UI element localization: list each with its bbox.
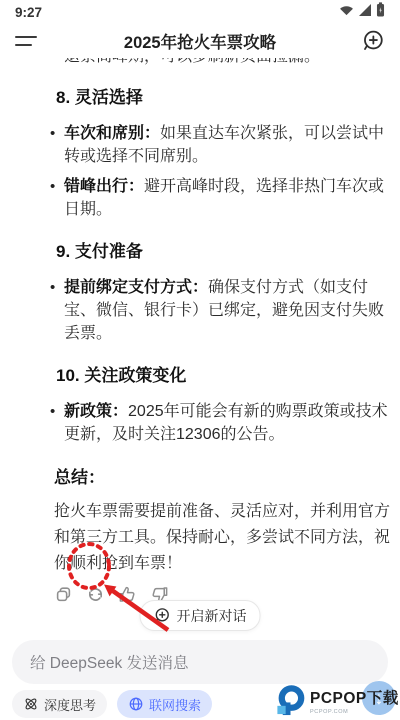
web-search-chip-label: 联网搜索	[149, 695, 201, 714]
bullet-marker: •	[50, 276, 64, 345]
status-time: 9:27	[15, 5, 42, 20]
summary-heading: 总结：	[54, 466, 391, 490]
section-heading: 9. 支付准备	[56, 240, 391, 264]
battery-icon	[376, 2, 385, 22]
section-bullet-list: •车次和席别：如果直达车次紧张，可以尝试中转或选择不同席别。•错峰出行：避开高峰…	[50, 122, 391, 221]
bullet-term: 提前绑定支付方式：	[64, 279, 208, 296]
bullet-term: 新政策：	[64, 403, 128, 420]
bullet-term: 错峰出行：	[64, 178, 144, 195]
bullet-item: •新政策：2025年可能会有新的购票政策或技术更新，及时关注12306的公告。	[50, 400, 391, 446]
input-placeholder: 给 DeepSeek 发送消息	[30, 651, 189, 673]
status-bar: 9:27	[0, 0, 400, 24]
message-sections: 8. 灵活选择•车次和席别：如果直达车次紧张，可以尝试中转或选择不同席别。•错峰…	[50, 86, 391, 446]
new-chat-icon[interactable]	[361, 29, 385, 53]
status-icons	[339, 2, 385, 22]
pcpop-logo-icon	[274, 684, 307, 717]
summary-paragraph: 抢火车票需要提前准备、灵活应对，并利用官方和第三方工具。保持耐心，多尝试不同方法…	[54, 499, 391, 577]
pcpop-caption: PCPOP.COM	[310, 709, 399, 715]
section-heading: 10. 关注政策变化	[56, 364, 391, 388]
bullet-marker: •	[50, 175, 64, 221]
page-title: 2025年抢火车票攻略	[50, 29, 350, 53]
message-input[interactable]: 给 DeepSeek 发送消息	[12, 640, 388, 684]
app-bar: 2025年抢火车票攻略	[0, 24, 400, 58]
new-chat-button-label: 开启新对话	[177, 606, 247, 626]
section-bullet-list: •新政策：2025年可能会有新的购票政策或技术更新，及时关注12306的公告。	[50, 400, 391, 446]
globe-icon	[128, 696, 144, 712]
bullet-marker: •	[50, 122, 64, 168]
message-scroll-area[interactable]: 退票高峰期，可以多刷新页面捡漏。 8. 灵活选择•车次和席别：如果直达车次紧张，…	[50, 54, 391, 605]
bullet-text: 错峰出行：避开高峰时段，选择非热门车次或日期。	[64, 175, 391, 221]
deep-think-chip-label: 深度思考	[44, 695, 96, 714]
section-heading: 8. 灵活选择	[56, 86, 391, 110]
pcpop-brand: PCPOP下载	[310, 686, 399, 708]
bullet-item: •错峰出行：避开高峰时段，选择非热门车次或日期。	[50, 175, 391, 221]
thumbs-up-icon[interactable]	[117, 584, 138, 605]
section-bullet-list: •提前绑定支付方式：确保支付方式（如支付宝、微信、银行卡）已绑定，避免因支付失败…	[50, 276, 391, 345]
web-search-chip[interactable]: 联网搜索	[117, 690, 212, 718]
wifi-icon	[339, 3, 354, 22]
deepseek-app-screen: 9:27 2025年抢火车票攻略 退票高峰期，可以多刷新页面捡漏。	[0, 0, 400, 720]
bullet-text: 车次和席别：如果直达车次紧张，可以尝试中转或选择不同席别。	[64, 122, 391, 168]
bullet-marker: •	[50, 400, 64, 446]
new-chat-button[interactable]: 开启新对话	[140, 600, 261, 631]
bullet-item: •提前绑定支付方式：确保支付方式（如支付宝、微信、银行卡）已绑定，避免因支付失败…	[50, 276, 391, 345]
cellular-signal-icon	[358, 3, 372, 22]
bullet-text: 提前绑定支付方式：确保支付方式（如支付宝、微信、银行卡）已绑定，避免因支付失败丢…	[64, 276, 391, 345]
pcpop-watermark: ↓ PCPOP下载 PCPOP.COM	[272, 680, 400, 720]
bullet-text: 新政策：2025年可能会有新的购票政策或技术更新，及时关注12306的公告。	[64, 400, 391, 446]
sidebar-menu-icon[interactable]	[15, 36, 38, 47]
regenerate-icon[interactable]	[85, 584, 106, 605]
bullet-item: •车次和席别：如果直达车次紧张，可以尝试中转或选择不同席别。	[50, 122, 391, 168]
bullet-term: 车次和席别：	[64, 125, 160, 142]
pcpop-text: PCPOP下载 PCPOP.COM	[310, 686, 399, 715]
new-chat-plus-icon	[154, 607, 171, 624]
atom-icon	[23, 696, 39, 712]
deep-think-chip[interactable]: 深度思考	[12, 690, 107, 718]
copy-icon[interactable]	[53, 584, 74, 605]
